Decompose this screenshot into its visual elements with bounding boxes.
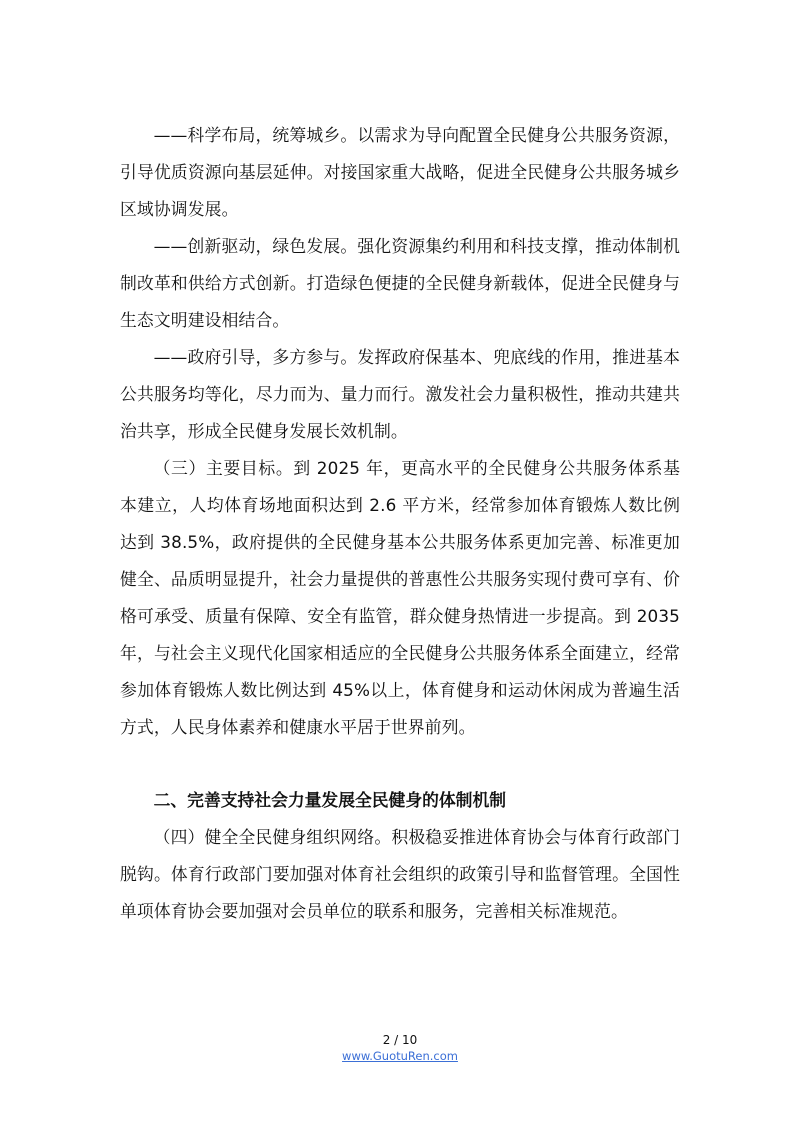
- paragraph-government-guidance: ——政府引导，多方参与。发挥政府保基本、兜底线的作用，推进基本公共服务均等化，尽…: [120, 339, 680, 450]
- page-indicator: 2 / 10: [0, 1033, 800, 1047]
- paragraph-scientific-layout: ——科学布局，统筹城乡。以需求为导向配置全民健身公共服务资源，引导优质资源向基层…: [120, 117, 680, 228]
- document-page: ——科学布局，统筹城乡。以需求为导向配置全民健身公共服务资源，引导优质资源向基层…: [120, 117, 680, 930]
- paragraph-organization-network: （四）健全全民健身组织网络。积极稳妥推进体育协会与体育行政部门脱钩。体育行政部门…: [120, 819, 680, 930]
- site-link[interactable]: www.GuotuRen.com: [0, 1049, 800, 1063]
- section-heading: 二、完善支持社会力量发展全民健身的体制机制: [120, 782, 680, 819]
- section-spacer: [120, 746, 680, 782]
- paragraph-main-goals: （三）主要目标。到 2025 年，更高水平的全民健身公共服务体系基本建立，人均体…: [120, 450, 680, 746]
- paragraph-innovation-driven: ——创新驱动，绿色发展。强化资源集约利用和科技支撑，推动体制机制改革和供给方式创…: [120, 228, 680, 339]
